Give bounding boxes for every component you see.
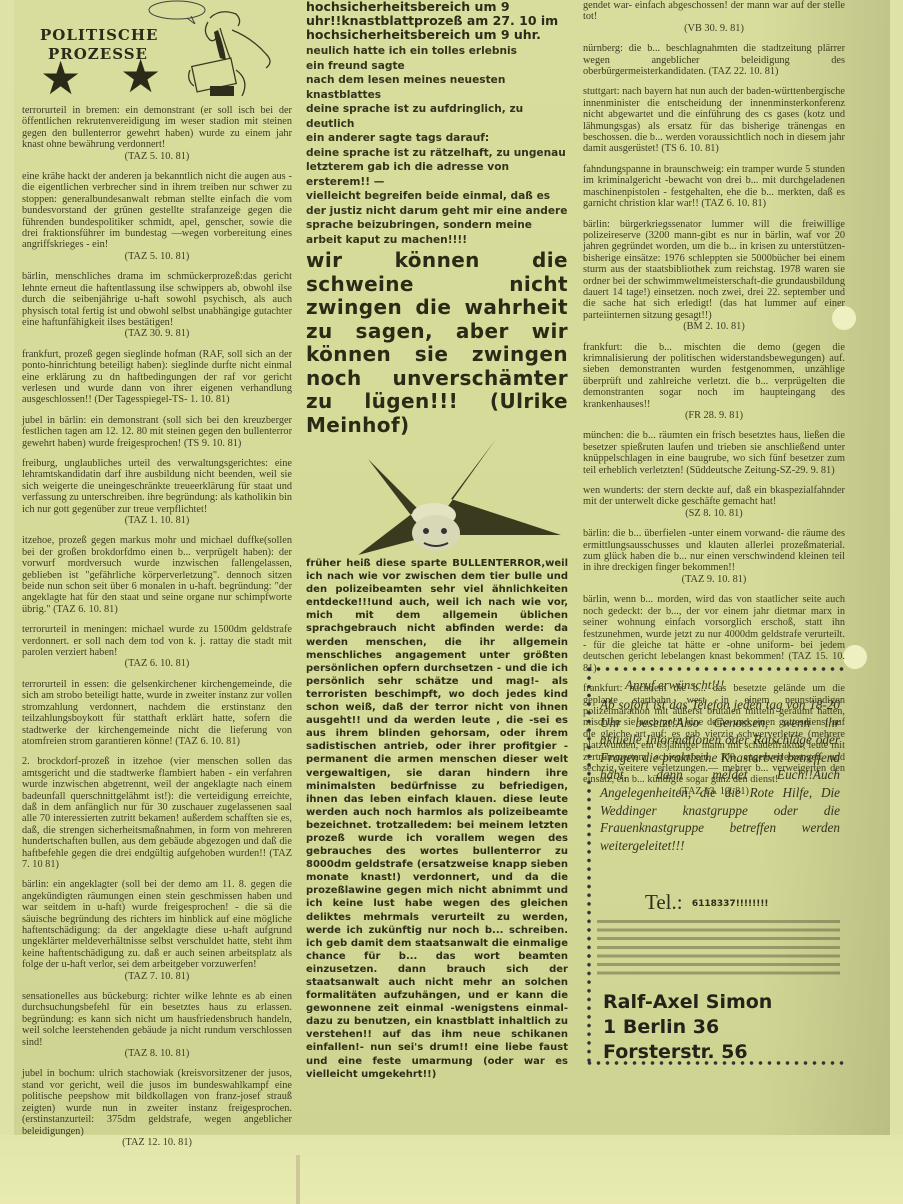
poem-line: ein anderer sagte tags darauf: — [306, 131, 568, 146]
news-item: gendet war- einfach abgeschossen! der ma… — [583, 0, 845, 34]
news-item: frankfurt: die b... mischten die demo (g… — [583, 342, 845, 422]
contact-box: Anruf erwünscht!!! Ab sofort ist das Tel… — [585, 665, 847, 1067]
news-source: (VB 30. 9. 81) — [583, 23, 845, 34]
fold-edge — [296, 1155, 300, 1204]
address: Ralf-Axel Simon1 Berlin 36Forsterstr. 56 — [603, 990, 772, 1065]
news-source: (TAZ 1. 10. 81) — [22, 515, 292, 526]
news-text: bärlin: ein angeklagter (soll bei der de… — [22, 879, 292, 970]
news-text: jubel in bärlin: ein demonstrant (soll s… — [22, 415, 292, 449]
phone-number: 6118337!!!!!!!! — [692, 899, 769, 909]
news-item: sensationelles aus bückeburg: richter wi… — [22, 991, 292, 1059]
cartoon-figure-icon — [172, 0, 282, 100]
news-text: freiburg, unglaubliches urteil des verwa… — [22, 458, 292, 515]
star-icon: ★ — [120, 54, 161, 100]
news-item: terrorurteil in meningen: michael wurde … — [22, 624, 292, 670]
news-text: terrorurteil in meningen: michael wurde … — [22, 624, 292, 658]
poem-line: letzterem gab ich die adresse von erster… — [306, 160, 568, 189]
editorial-body: früher heiß diese sparte BULLENTERROR,we… — [306, 557, 568, 1081]
trial-announcement: hochsicherheitsbereich um 9 uhr!!knastbl… — [306, 0, 568, 42]
address-line: Forsterstr. 56 — [603, 1040, 772, 1065]
news-text: stuttgart: nach bayern hat nun auch der … — [583, 86, 845, 154]
news-item: eine krähe hackt der anderen ja bekanntl… — [22, 171, 292, 262]
news-item: bärlin: bürgerkriegssenator lummer will … — [583, 219, 845, 333]
news-item: freiburg, unglaubliches urteil des verwa… — [22, 458, 292, 526]
news-text: münchen: die b... räumten ein frisch bes… — [583, 430, 845, 475]
news-source: (TAZ 30. 9. 81) — [22, 328, 292, 339]
column-editorial: hochsicherheitsbereich um 9 uhr!!knastbl… — [306, 0, 568, 1081]
news-item: bärlin, wenn b... morden, wird das von s… — [583, 594, 845, 674]
title-line: Politische — [40, 26, 158, 45]
news-text: bärlin, menschliches drama im schmückerp… — [22, 271, 292, 328]
news-source: (TAZ 5. 10. 81) — [22, 151, 292, 162]
star-icon: ★ — [40, 56, 81, 102]
news-item: stuttgart: nach bayern hat nun auch der … — [583, 86, 845, 154]
news-text: terrorurteil in bremen: ein demonstrant … — [22, 105, 292, 150]
news-source: (BM 2. 10. 81) — [583, 321, 845, 332]
news-text: itzehoe, prozeß gegen markus mohr und mi… — [22, 535, 292, 614]
poem-line: deine sprache ist zu aufdringlich, zu de… — [306, 102, 568, 131]
news-source: (FR 28. 9. 81) — [583, 410, 845, 421]
news-source: (TAZ 6. 10. 81) — [22, 658, 292, 669]
news-item: wen wunderts: der stern deckte auf, daß … — [583, 485, 845, 519]
dotted-border — [585, 665, 593, 1067]
news-text: bärlin: die b... überfielen -unter einem… — [583, 528, 845, 573]
news-text: bärlin: bürgerkriegssenator lummer will … — [583, 219, 845, 321]
poem-line: ein freund sagte — [306, 59, 568, 74]
news-text: bärlin, wenn b... morden, wird das von s… — [583, 594, 845, 673]
poem-line: vielleicht begreifen beide einmal, daß e… — [306, 189, 568, 247]
news-item: 2. brockdorf-prozeß in itzehoe (vier men… — [22, 756, 292, 870]
phone: Tel.: 6118337!!!!!!!! — [645, 890, 769, 915]
dotted-border — [585, 665, 847, 673]
news-list: terrorurteil in bremen: ein demonstrant … — [22, 105, 292, 1148]
news-item: bärlin, menschliches drama im schmückerp… — [22, 271, 292, 339]
news-item: jubel in bärlin: ein demonstrant (soll s… — [22, 415, 292, 449]
news-source: (SZ 8. 10. 81) — [583, 508, 845, 519]
star-with-police-caricature-icon — [306, 437, 568, 557]
news-item: nürnberg: die b... beschlagnahmten die s… — [583, 43, 845, 77]
news-item: münchen: die b... räumten ein frisch bes… — [583, 430, 845, 476]
address-line: 1 Berlin 36 — [603, 1015, 772, 1040]
news-text: frankfurt, prozeß gegen sieglinde hofman… — [22, 349, 292, 406]
news-text: fahndungspanne in braunschweig: ein tram… — [583, 164, 845, 209]
column-political-trials: Politische Prozesse ★ ★ terrorurteil in … — [22, 0, 292, 1157]
news-source: (TAZ 5. 10. 81) — [22, 251, 292, 262]
meinhof-quote: wir können die schweine nicht zwingen di… — [306, 249, 568, 437]
news-text: 2. brockdorf-prozeß in itzehoe (vier men… — [22, 756, 292, 870]
news-item: jubel in bochum: ulrich stachowiak (krei… — [22, 1068, 292, 1148]
news-item: itzehoe, prozeß gegen markus mohr und mi… — [22, 535, 292, 615]
news-item: bärlin: ein angeklagter (soll bei der de… — [22, 879, 292, 982]
call-body: Ab sofort ist das Telefon jeden tag von … — [600, 696, 840, 854]
news-source: (TAZ 12. 10. 81) — [22, 1137, 292, 1148]
news-source: (TAZ 9. 10. 81) — [583, 574, 845, 585]
news-source: (TAZ 7. 10. 81) — [22, 971, 292, 982]
fine-print — [597, 920, 840, 980]
news-text: terrorurteil in essen: die gelsenkirchen… — [22, 679, 292, 747]
news-text: gendet war- einfach abgeschossen! der ma… — [583, 0, 845, 22]
news-text: eine krähe hackt der anderen ja bekanntl… — [22, 171, 292, 250]
news-text: wen wunderts: der stern deckte auf, daß … — [583, 485, 845, 507]
call-title: Anruf erwünscht!!! — [625, 677, 724, 693]
news-item: terrorurteil in bremen: ein demonstrant … — [22, 105, 292, 162]
section-header: Politische Prozesse ★ ★ — [22, 0, 292, 105]
news-item: terrorurteil in essen: die gelsenkirchen… — [22, 679, 292, 747]
news-source: (TAZ 8. 10. 81) — [22, 1048, 292, 1059]
news-text: sensationelles aus bückeburg: richter wi… — [22, 991, 292, 1048]
address-line: Ralf-Axel Simon — [603, 990, 772, 1015]
poem-line: neulich hatte ich ein tolles erlebnis — [306, 44, 568, 59]
poem-line: nach dem lesen meines neuesten knastblat… — [306, 73, 568, 102]
news-item: bärlin: die b... überfielen -unter einem… — [583, 528, 845, 585]
poem: neulich hatte ich ein tolles erlebnisein… — [306, 44, 568, 247]
news-item: fahndungspanne in braunschweig: ein tram… — [583, 164, 845, 210]
poem-line: deine sprache ist zu rätzelhaft, zu unge… — [306, 146, 568, 161]
news-text: frankfurt: die b... mischten die demo (g… — [583, 342, 845, 410]
phone-label: Tel.: — [645, 890, 683, 914]
news-text: nürnberg: die b... beschlagnahmten die s… — [583, 43, 845, 77]
news-text: jubel in bochum: ulrich stachowiak (krei… — [22, 1068, 292, 1136]
news-item: frankfurt, prozeß gegen sieglinde hofman… — [22, 349, 292, 406]
